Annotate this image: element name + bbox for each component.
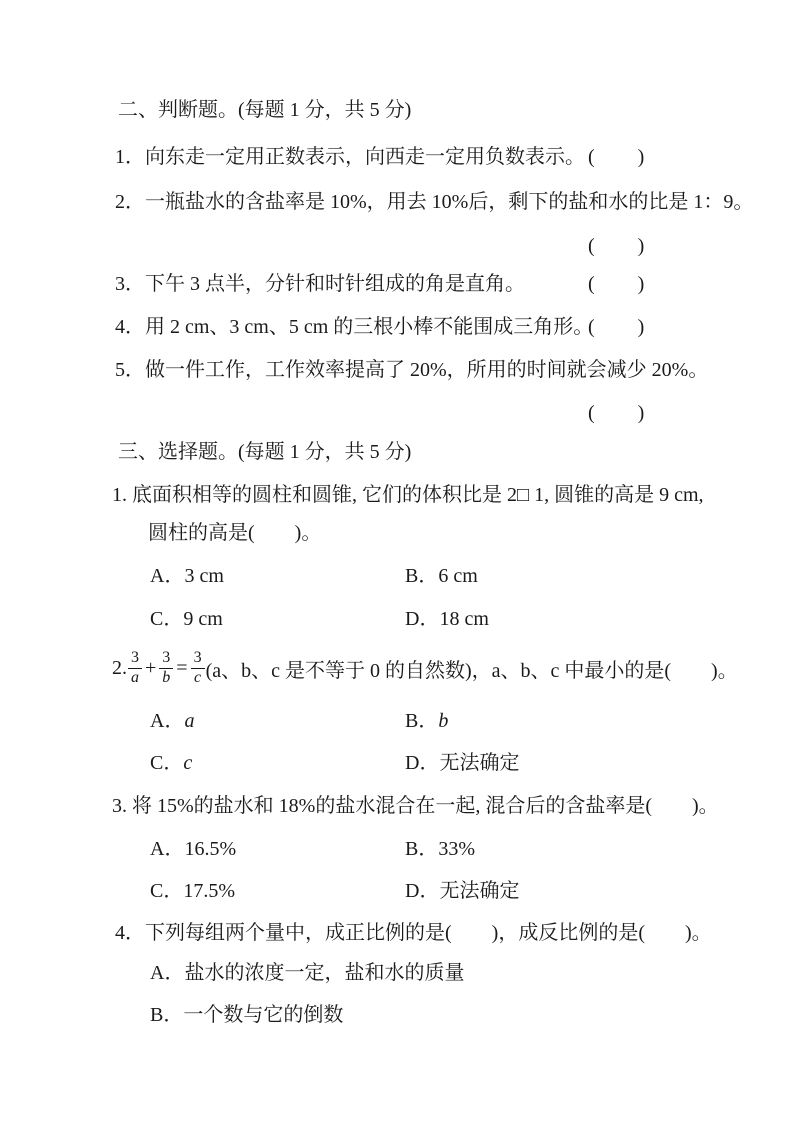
choice-q2-option-d: D．无法确定 <box>405 750 519 776</box>
fraction-3-over-a: 3 a <box>128 649 142 687</box>
option-label: B． <box>405 710 438 732</box>
fraction-numerator: 3 <box>128 649 142 668</box>
fraction-3-over-b: 3 b <box>159 649 173 687</box>
option-label: A． <box>150 710 184 732</box>
choice-q2-option-c: C．c <box>150 750 192 776</box>
section-judgment-title: 二、判断题。(每题 1 分，共 5 分) <box>118 97 411 123</box>
option-value: a <box>184 710 194 732</box>
judgment-q1-answer-blank: ( ) <box>588 144 645 170</box>
option-value: c <box>183 752 192 774</box>
choice-q1-option-b: B．6 cm <box>405 563 478 589</box>
option-value: b <box>438 710 448 732</box>
choice-q3-stem: 3. 将 15%的盐水和 18%的盐水混合在一起, 混合后的含盐率是( )。 <box>112 793 719 819</box>
choice-q4-option-b: B．一个数与它的倒数 <box>150 1002 343 1028</box>
exam-page: 二、判断题。(每题 1 分，共 5 分) 1．向东走一定用正数表示，向西走一定用… <box>0 0 793 1122</box>
choice-q1-option-a: A．3 cm <box>150 563 224 589</box>
choice-q3-option-c: C．17.5% <box>150 878 235 904</box>
choice-q1-stem-line2: 圆柱的高是( )。 <box>148 520 321 546</box>
choice-q3-option-d: D．无法确定 <box>405 878 519 904</box>
choice-q2-option-a: A．a <box>150 708 194 734</box>
judgment-q4-answer-blank: ( ) <box>588 314 645 340</box>
fraction-denominator: a <box>131 669 139 687</box>
choice-q1-option-d: D．18 cm <box>405 606 489 632</box>
fraction-numerator: 3 <box>191 649 205 668</box>
judgment-q4-text: 4．用 2 cm、3 cm、5 cm 的三根小棒不能围成三角形。 <box>115 314 593 340</box>
choice-q3-option-b: B．33% <box>405 836 475 862</box>
judgment-q1-text: 1．向东走一定用正数表示，向西走一定用负数表示。 <box>115 144 585 170</box>
fraction-3-over-c: 3 c <box>191 649 205 687</box>
judgment-q2-text: 2．一瓶盐水的含盐率是 10%，用去 10%后，剩下的盐和水的比是 1：9。 <box>115 189 753 215</box>
judgment-q5-answer-blank: ( ) <box>588 400 645 426</box>
choice-q4-stem: 4．下列每组两个量中，成正比例的是( )，成反比例的是( )。 <box>115 920 712 946</box>
choice-q1-stem-line1: 1. 底面积相等的圆柱和圆锥, 它们的体积比是 2□ 1, 圆锥的高是 9 cm… <box>112 482 704 508</box>
judgment-q3-answer-blank: ( ) <box>588 271 645 297</box>
choice-q1-option-c: C．9 cm <box>150 606 223 632</box>
choice-q2-option-b: B．b <box>405 708 448 734</box>
choice-q2-stem-text: (a、b、c 是不等于 0 的自然数)，a、b、c 中最小的是( )。 <box>206 654 738 683</box>
choice-q3-option-a: A．16.5% <box>150 836 236 862</box>
judgment-q5-text: 5．做一件工作，工作效率提高了 20%，所用的时间就会减少 20%。 <box>115 357 708 383</box>
fraction-denominator: c <box>194 669 201 687</box>
choice-q2-stem: 2. 3 a + 3 b = 3 c (a、b、c 是不等于 0 的自然数)，a… <box>112 643 738 693</box>
judgment-q2-answer-blank: ( ) <box>588 233 645 259</box>
plus-operator: + <box>145 657 156 680</box>
fraction-denominator: b <box>162 669 170 687</box>
option-label: C． <box>150 752 183 774</box>
equals-operator: = <box>176 657 187 680</box>
section-choice-title: 三、选择题。(每题 1 分，共 5 分) <box>118 439 411 465</box>
choice-q4-option-a: A．盐水的浓度一定，盐和水的质量 <box>150 960 464 986</box>
fraction-numerator: 3 <box>159 649 173 668</box>
choice-q2-number: 2. <box>112 657 127 680</box>
judgment-q3-text: 3．下午 3 点半，分针和时针组成的角是直角。 <box>115 271 525 297</box>
